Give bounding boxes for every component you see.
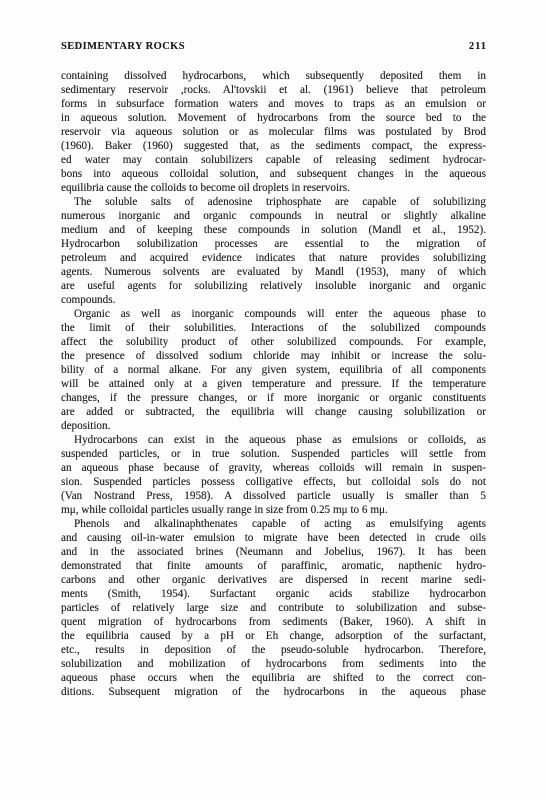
text-line: aqueous phase occurs when the equilibria…: [61, 671, 486, 685]
text-line: containing dissolved hydrocarbons, which…: [61, 69, 486, 83]
text-line: agents. Numerous solvents are evaluated …: [61, 265, 486, 279]
text-line: solubilization and mobilization of hydro…: [61, 657, 486, 671]
paragraph: Phenols and alkalinaphthenates capable o…: [61, 517, 486, 699]
running-title: SEDIMENTARY ROCKS: [61, 41, 185, 52]
text-line: demonstrated that finite amounts of para…: [61, 559, 486, 573]
text-line: (1960). Baker (1960) suggested that, as …: [61, 139, 486, 153]
text-line: an aqueous phase because of gravity, whe…: [61, 461, 486, 475]
text-line: changes, if the pressure changes, or if …: [61, 391, 486, 405]
text-line: Hydrocarbons can exist in the aqueous ph…: [61, 433, 486, 447]
text-line: mμ, while colloidal particles usually ra…: [61, 503, 486, 517]
text-line: ed water may contain solubilizers capabl…: [61, 153, 486, 167]
text-line: quent migration of hydrocarbons from sed…: [61, 615, 486, 629]
text-line: The soluble salts of adenosine triphosph…: [61, 195, 486, 209]
text-line: reservoir via aqueous solution or as mol…: [61, 125, 486, 139]
page-header: SEDIMENTARY ROCKS 211: [61, 41, 487, 52]
text-line: and causing oil-in-water emulsion to mig…: [61, 531, 486, 545]
text-line: compounds.: [61, 293, 486, 307]
book-page: SEDIMENTARY ROCKS 211 containing dissolv…: [0, 0, 546, 800]
page-body: containing dissolved hydrocarbons, which…: [61, 69, 486, 699]
text-line: petroleum and acquired evidence indicate…: [61, 251, 486, 265]
text-line: affect the solubility product of other s…: [61, 335, 486, 349]
paragraph: The soluble salts of adenosine triphosph…: [61, 195, 486, 307]
text-line: equilibria cause the colloids to become …: [61, 181, 486, 195]
text-line: bons into aqueous colloidal solution, an…: [61, 167, 486, 181]
text-line: particles of relatively large size and c…: [61, 601, 486, 615]
text-line: in aqueous solution. Movement of hydroca…: [61, 111, 486, 125]
text-line: deposition.: [61, 419, 486, 433]
text-line: numerous inorganic and organic compounds…: [61, 209, 486, 223]
text-line: carbons and other organic derivatives ar…: [61, 573, 486, 587]
text-line: and in the associated brines (Neumann an…: [61, 545, 486, 559]
text-line: sedimentary reservoir ,rocks. Al'tovskii…: [61, 83, 486, 97]
paragraph: containing dissolved hydrocarbons, which…: [61, 69, 486, 195]
text-line: Phenols and alkalinaphthenates capable o…: [61, 517, 486, 531]
text-line: are useful agents for solubilizing relat…: [61, 279, 486, 293]
text-line: sion. Suspended particles possess collig…: [61, 475, 486, 489]
page-number: 211: [469, 41, 487, 52]
text-line: will be attained only at a given tempera…: [61, 377, 486, 391]
text-line: Hydrocarbon solubilization processes are…: [61, 237, 486, 251]
text-line: the presence of dissolved sodium chlorid…: [61, 349, 486, 363]
text-line: ments (Smith, 1954). Surfactant organic …: [61, 587, 486, 601]
text-line: (Van Nostrand Press, 1958). A dissolved …: [61, 489, 486, 503]
paragraph: Organic as well as inorganic compounds w…: [61, 307, 486, 433]
text-line: Organic as well as inorganic compounds w…: [61, 307, 486, 321]
text-line: suspended particles, or in true solution…: [61, 447, 486, 461]
text-line: forms in subsurface formation waters and…: [61, 97, 486, 111]
text-line: medium and of keeping these compounds in…: [61, 223, 486, 237]
text-line: bility of a normal alkane. For any given…: [61, 363, 486, 377]
text-line: ditions. Subsequent migration of the hyd…: [61, 685, 486, 699]
text-line: the equilibria caused by a pH or Eh chan…: [61, 629, 486, 643]
text-line: are added or subtracted, the equilibria …: [61, 405, 486, 419]
paragraph: Hydrocarbons can exist in the aqueous ph…: [61, 433, 486, 517]
text-line: the limit of their solubilities. Interac…: [61, 321, 486, 335]
text-line: etc., results in deposition of the pseud…: [61, 643, 486, 657]
